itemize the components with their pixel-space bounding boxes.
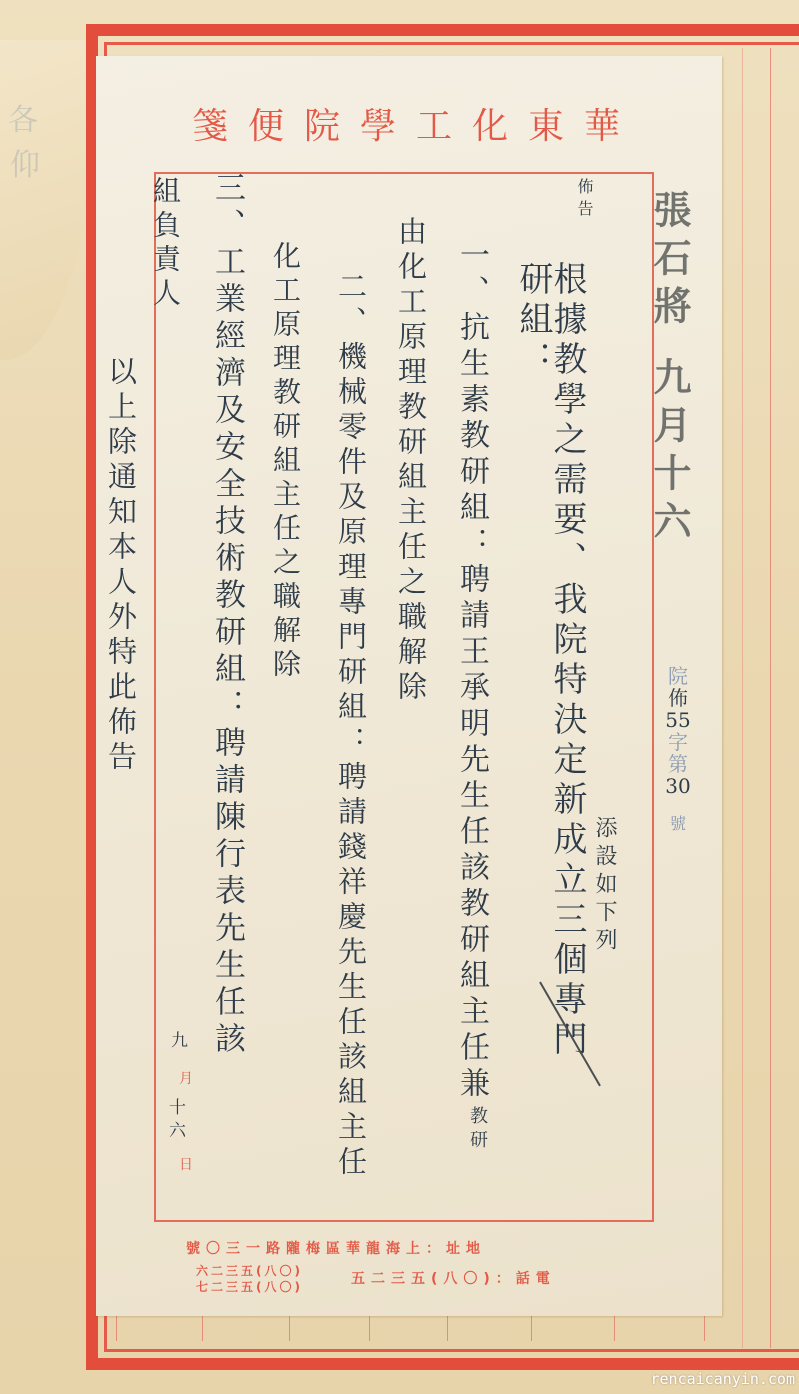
phone-number-alt-2: (〇八)五三二七 — [196, 1278, 303, 1295]
letterhead-title: 華東化工學院便箋 — [146, 98, 686, 149]
margin-brush-annotation: 張石將 九月十六 — [650, 190, 688, 610]
phone-label: 電話： — [496, 1271, 556, 1287]
printed-month-label: 月 — [179, 1068, 193, 1088]
body-column-8: 以上除通知本人外特此佈告 — [106, 356, 135, 916]
ledger-column-rule — [770, 48, 771, 1348]
body-column-2: 一、抗生素教研組：聘請王承明先生任該教研組主任兼 — [456, 239, 486, 1209]
stamp-prefix: 院 — [658, 665, 698, 687]
stamp-serial: 30 — [658, 775, 698, 797]
ledger-bottom-grid — [104, 1313, 799, 1343]
scanned-page: 各 仰 華東化工學院便箋 佈告 根據教學之需要、我院特決定新成立三個專門研組： … — [0, 0, 799, 1394]
letterhead-memo-sheet: 華東化工學院便箋 佈告 根據教學之需要、我院特決定新成立三個專門研組： 一、抗生… — [96, 56, 722, 1316]
insertion-note-small: 教研 — [468, 1106, 486, 1154]
folded-corner — [0, 40, 95, 360]
ledger-column-rule — [742, 48, 743, 1348]
body-column-6: 三、工業經濟及安全技術教研組：聘請陳行表先生任該 — [211, 171, 242, 1211]
stamp-office: 佈 — [658, 687, 698, 709]
body-column-5: 化工原理教研組主任之職解除 — [271, 241, 299, 921]
body-column-4: 二、機械零件及原理專門研組：聘請錢祥慶先生任該組主任 — [336, 271, 365, 1191]
file-number-stamp: 院 佈 55 字 第 30 號 — [658, 665, 698, 833]
site-watermark: rencaicanyin.com — [651, 1370, 796, 1388]
insertion-note: 添設如下列 — [593, 816, 615, 956]
letterhead-address: 地址：上海龍華區梅隴路一三〇號 — [186, 1238, 486, 1258]
bleed-through-text: 仰 — [10, 140, 40, 184]
bleed-through-text: 各 — [8, 95, 38, 139]
salutation: 佈告 — [576, 178, 592, 222]
date-month-handwritten: 九 — [168, 1031, 185, 1054]
phone-number-main: (〇八)五三二五 — [351, 1271, 496, 1287]
stamp-hao: 號 — [658, 815, 698, 833]
body-column-3: 由化工原理教研組主任之職解除 — [396, 216, 425, 836]
letterhead-phone-main: 電話：(〇八)五三二五 — [351, 1268, 556, 1288]
body-column-1: 根據教學之需要、我院特決定新成立三個專門研組： — [516, 261, 584, 1081]
body-column-7: 組負責人 — [151, 176, 179, 376]
printed-day-label: 日 — [179, 1154, 193, 1174]
stamp-zi: 字 — [658, 731, 698, 753]
phone-number-alt-1: (〇八)五三二六 — [196, 1262, 303, 1279]
date-day-handwritten: 十六 — [166, 1098, 183, 1144]
stamp-di: 第 — [658, 753, 698, 775]
stamp-year: 55 — [658, 709, 698, 731]
